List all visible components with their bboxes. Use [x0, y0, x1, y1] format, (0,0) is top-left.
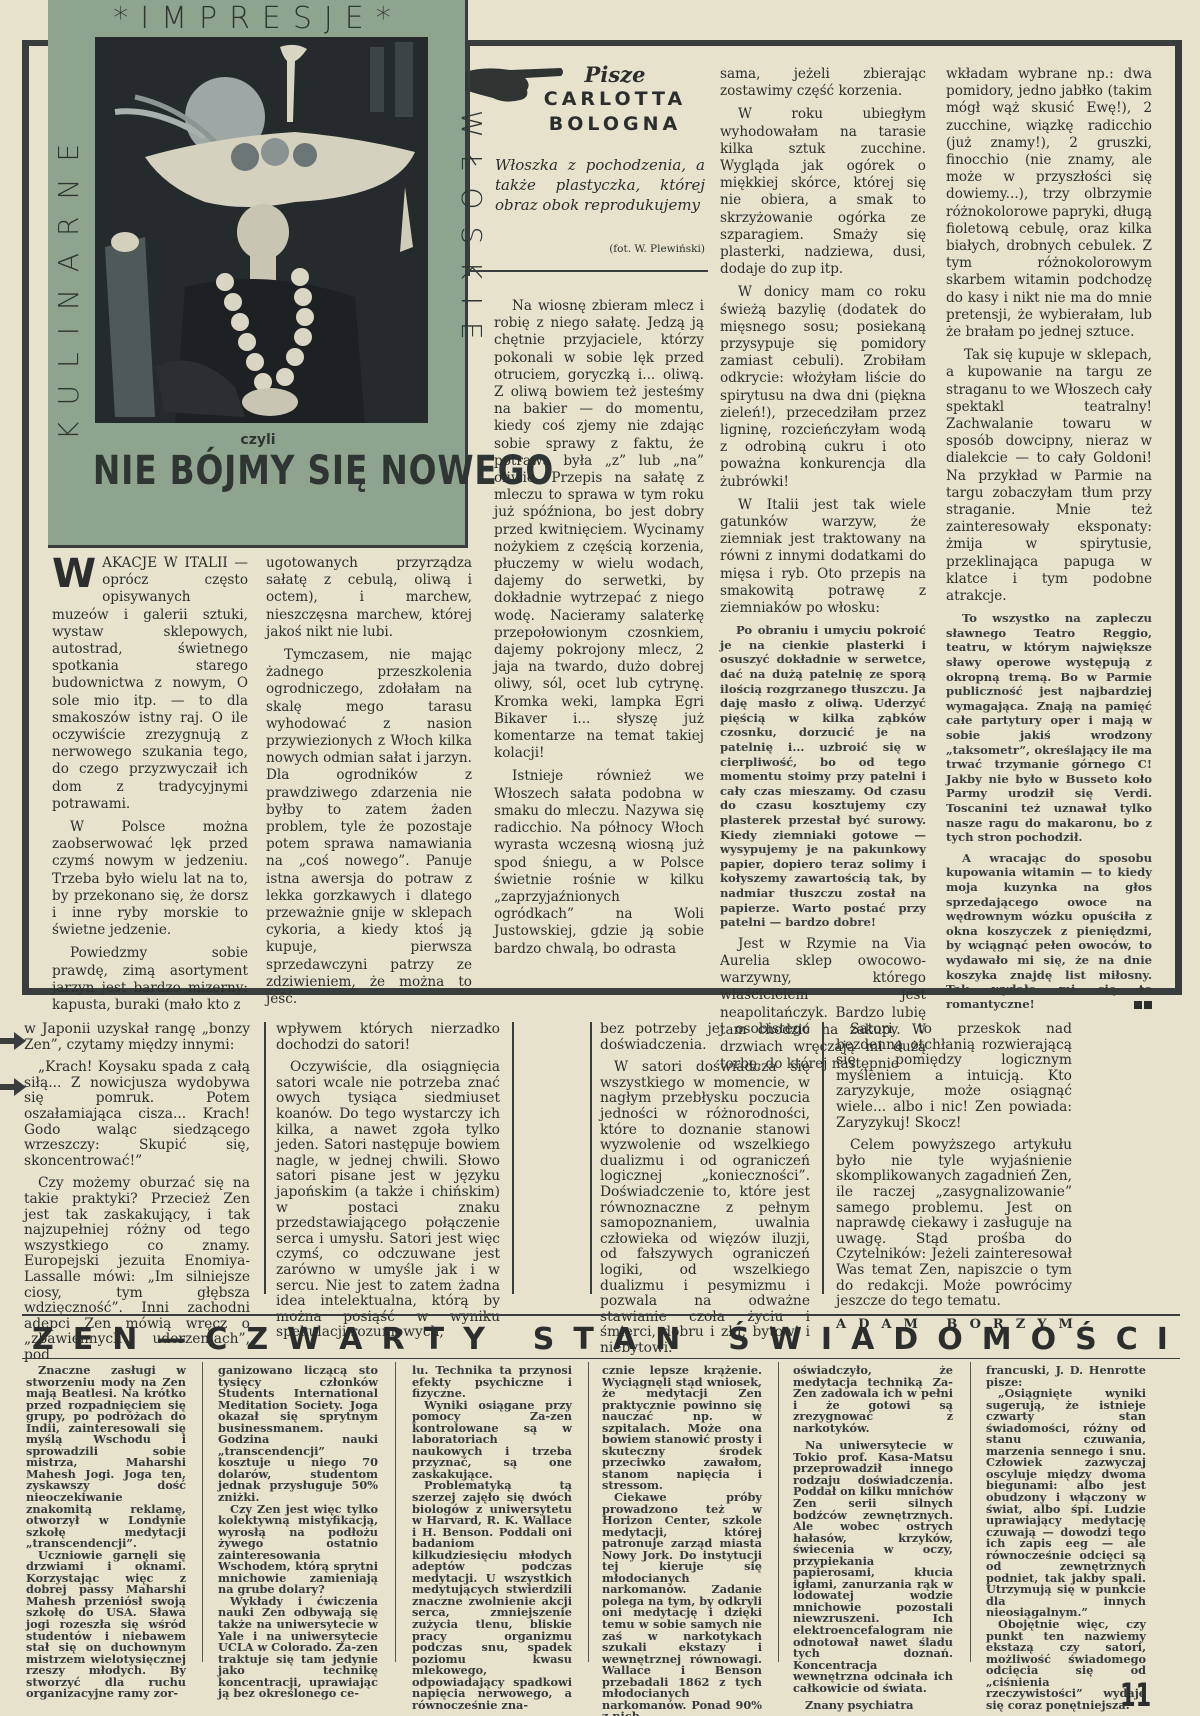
paragraph: wkładam wybrane np.: dwa pomidory, jedno…	[946, 66, 1152, 341]
end-mark-icon	[1134, 1001, 1152, 1009]
photo-credit: (fot. W. Plewiński)	[570, 243, 705, 255]
paragraph: oświadczyło, że medytacja techniką Za-Ze…	[793, 1365, 953, 1434]
paragraph: W roku ubiegłym wyhodowałam na tarasie k…	[720, 106, 926, 278]
paragraph: „Osiągnięte wyniki sugerują, że istnieje…	[986, 1388, 1146, 1619]
title-letter: I	[821, 1322, 832, 1357]
zen-title-rule-top	[22, 1314, 1180, 1316]
zen-column-4: Satori to przeskok nad bezdenną otchłani…	[836, 1022, 1072, 1332]
zen-box-column-5: oświadczyło, że medytacja techniką Za-Ze…	[793, 1365, 953, 1712]
paragraph-small: To wszystko na zapleczu sławnego Teatro …	[946, 611, 1152, 845]
title-letter: N	[655, 1322, 680, 1357]
title-letter: S	[533, 1322, 555, 1357]
zen-section-title: Z E N — C Z W A R T Y S T A N Ś W I A D …	[22, 1320, 1182, 1358]
title-letter: D	[893, 1322, 918, 1357]
byline-divider	[468, 270, 708, 272]
article-title: NIE BÓJMY SIĘ NOWEGO	[93, 448, 429, 494]
side-label-left: KULINARNE	[52, 30, 85, 440]
recipe-text: Po obraniu i umyciu pokroić je na cienki…	[720, 623, 926, 929]
drop-cap: W	[52, 557, 96, 591]
paragraph: Na uniwersytecie w Tokio prof. Kasa-Mats…	[793, 1440, 953, 1694]
paragraph: Na wiosnę zbieram mlecz i robię z niego …	[494, 298, 704, 762]
title-letter: E	[73, 1322, 94, 1357]
zen-box-column-1: Znaczne zasługi w stworzeniu mody na Zen…	[26, 1365, 186, 1700]
column-rule	[264, 1022, 266, 1294]
paragraph: Znaczne zasługi w stworzeniu mody na Zen…	[26, 1365, 186, 1550]
section-label: *IMPRESJE*	[48, 0, 468, 38]
paragraph: Wyniki osiągane przy pomocy Za-zen kontr…	[412, 1400, 572, 1481]
title-letter: O	[1031, 1322, 1057, 1357]
column-rule	[590, 1022, 592, 1294]
paragraph: Problematyką tą szerzej zajęło się dwóch…	[412, 1480, 572, 1711]
byline: Pisze CARLOTTA BOLOGNA	[530, 62, 700, 137]
paragraph: sama, jeżeli zbierając zostawimy część k…	[720, 66, 926, 100]
title-letter: A	[339, 1322, 362, 1357]
paragraph: wpływem których nierzadko dochodzi do sa…	[276, 1022, 500, 1053]
paragraph: Celem powyższego artykułu było nie tyle …	[836, 1138, 1072, 1310]
title-letter: R	[381, 1322, 404, 1357]
column-rule	[778, 1362, 779, 1662]
paragraph: Uczniowie garnęli się drzwiami i oknami.…	[26, 1550, 186, 1700]
paragraph: W Polsce można zaobserwować lęk przed cz…	[52, 819, 248, 939]
article-column-4: sama, jeżeli zbierając zostawimy część k…	[720, 66, 926, 1079]
closing-text: A wracając do sposobu kupowania witamin …	[946, 851, 1152, 1011]
article-column-1: WAKACJE W ITALII — oprócz często opisywa…	[52, 555, 248, 1020]
title-letter: T	[424, 1322, 444, 1357]
column-rule	[202, 1362, 203, 1662]
paragraph: Satori to przeskok nad bezdenną otchłani…	[836, 1022, 1072, 1131]
title-letter: —	[156, 1322, 186, 1357]
column-rule	[970, 1362, 971, 1662]
title-letter: W	[769, 1322, 802, 1357]
paragraph: W satori doświadcza się wszystkiego w mo…	[600, 1060, 810, 1356]
title-letter: A	[613, 1322, 636, 1357]
paragraph: Tymczasem, nie mając żadnego przeszkolen…	[266, 647, 472, 1008]
column-rule	[395, 1362, 396, 1662]
paragraph: lu. Technika ta przynosi efekty psychicz…	[412, 1365, 572, 1400]
subtitle-connector: czyli	[48, 432, 468, 448]
continuation-arrow-icon	[0, 1078, 26, 1096]
paragraph: Czy Zen jest więc tylko kolektywną misty…	[218, 1504, 378, 1596]
title-letter: Ś	[728, 1322, 750, 1357]
zen-box-column-2: ganizowano liczącą sto tysięcy członków …	[218, 1365, 378, 1700]
author-intro: Włoszka z pochodzenia, a także plastyczk…	[495, 155, 705, 215]
zen-column-3: bez potrzeby jej osobistego doświadczeni…	[600, 1022, 810, 1363]
title-letter: C	[1116, 1322, 1138, 1357]
painting-illustration	[95, 37, 428, 423]
title-letter: M	[982, 1322, 1012, 1357]
paragraph: w Japonii uzyskał rangę „bonzy Zen”, czy…	[24, 1022, 250, 1053]
zen-column-2: wpływem których nierzadko dochodzi do sa…	[276, 1022, 500, 1348]
byline-left-rule	[468, 40, 470, 276]
page-number: 11	[1120, 1676, 1151, 1714]
zen-box-column-4: cznie lepsze krążenie. Wyciągnęli stąd w…	[602, 1365, 762, 1716]
painting-woman-hat-icon	[95, 37, 428, 423]
zen-column-1: w Japonii uzyskał rangę „bonzy Zen”, czy…	[24, 1022, 250, 1370]
title-letter: A	[851, 1322, 874, 1357]
article-column-2: ugotowanych przyrządza sałatę z cebulą, …	[266, 555, 472, 1014]
title-letter: Y	[463, 1322, 485, 1357]
header-block: *IMPRESJE* KULINARNE WŁOSKIE	[48, 0, 468, 548]
paragraph: cznie lepsze krążenie. Wyciągnęli stąd w…	[602, 1365, 762, 1492]
author-last: BOLOGNA	[530, 112, 700, 137]
paragraph: W donicy mam co roku świeżą bazylię (dod…	[720, 284, 926, 490]
paragraph: bez potrzeby jej osobistego doświadczeni…	[600, 1022, 810, 1053]
column-rule	[588, 1362, 589, 1662]
zen-title-rule-bottom	[22, 1358, 1180, 1359]
title-letter: T	[573, 1322, 593, 1357]
author-first: CARLOTTA	[530, 87, 700, 112]
paragraph: Powiedzmy sobie prawdę, zimą asortyment …	[52, 945, 248, 1014]
article-column-3: Na wiosnę zbieram mlecz i robię z niego …	[494, 298, 704, 964]
title-letter: W	[287, 1322, 320, 1357]
paragraph-small: A wracając do sposobu kupowania witamin …	[946, 851, 1152, 1012]
paragraph: Znany psychiatra	[793, 1700, 953, 1712]
paragraph: Istnieje również we Włoszech sałata podo…	[494, 768, 704, 957]
title-letter: O	[937, 1322, 963, 1357]
column-rule	[822, 1022, 824, 1294]
paragraph: Oczywiście, dla osiągnięcia satori wcale…	[276, 1060, 500, 1341]
column-rule	[512, 1022, 514, 1294]
paragraph: ugotowanych przyrządza sałatę z cebulą, …	[266, 555, 472, 641]
title-letter: Ś	[1075, 1322, 1097, 1357]
title-letter: I	[1157, 1322, 1168, 1357]
paragraph: Ciekawe próby prowadzono też w Horizon C…	[602, 1492, 762, 1716]
paragraph: francuski, J. D. Henrotte pisze:	[986, 1365, 1146, 1388]
paragraph: W Italii jest tak wiele gatunków warzyw,…	[720, 497, 926, 617]
zen-box-column-3: lu. Technika ta przynosi efekty psychicz…	[412, 1365, 572, 1711]
article-column-5: wkładam wybrane np.: dwa pomidory, jedno…	[946, 66, 1152, 1017]
title-letter: N	[112, 1322, 137, 1357]
title-letter: Z	[32, 1322, 54, 1357]
side-label-right: WŁOSKIE	[455, 110, 488, 440]
title-letter: C	[205, 1322, 227, 1357]
byline-pisze: Pisze	[530, 62, 700, 87]
paragraph: „Krach! Koysaku spada z całą siłą... Z n…	[24, 1060, 250, 1169]
magazine-page: *IMPRESJE* KULINARNE WŁOSKIE	[0, 0, 1200, 1716]
title-letter: Z	[246, 1322, 268, 1357]
paragraph: Wykłady i ćwiczenia nauki Zen odbywają s…	[218, 1596, 378, 1700]
paragraph: ganizowano liczącą sto tysięcy członków …	[218, 1365, 378, 1504]
paragraph: Tak się kupuje w sklepach, a kupowanie n…	[946, 347, 1152, 605]
continuation-arrow-icon	[0, 1032, 26, 1050]
zen-box-column-6: francuski, J. D. Henrotte pisze: „Osiągn…	[986, 1365, 1146, 1711]
